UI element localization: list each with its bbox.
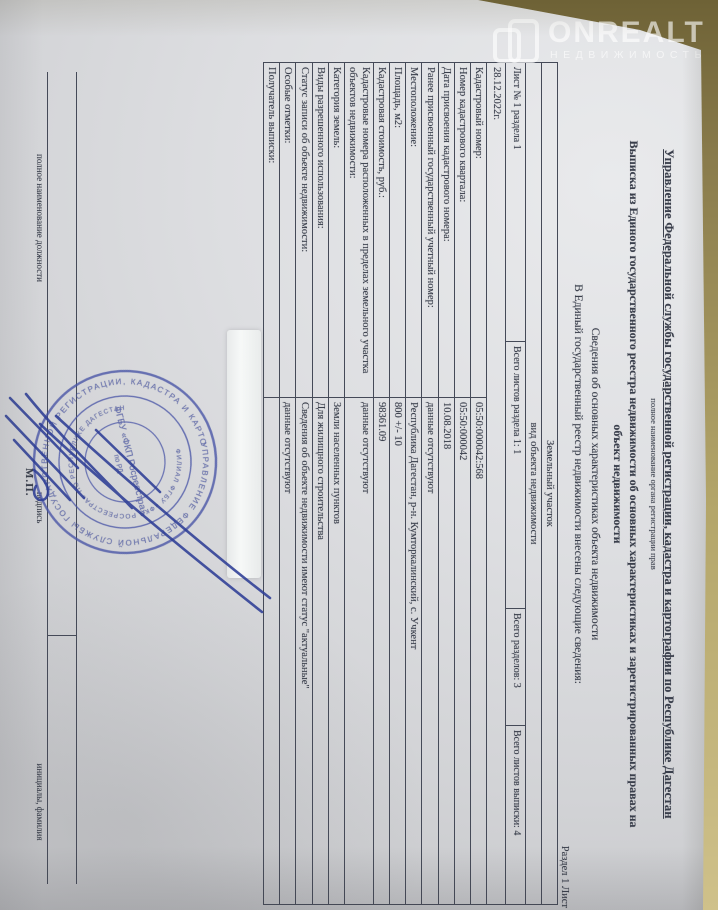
table-row: Лист № 1 раздела 1 Всего листов раздела … [506,63,526,905]
table-row: Кадастровые номера расположенных в преде… [344,63,373,905]
authority-title: Управление Федеральной службы государств… [661,64,676,904]
signature-divider [48,635,77,636]
row-value: Сведения об объекте недвижимости имеют с… [296,398,312,905]
object-type-caption: вид объекта недвижимости [525,63,541,905]
object-type: Земельный участок [541,63,557,905]
sheet-cell: Всего листов раздела 1: 1 [506,342,526,609]
table-row: вид объекта недвижимости [525,63,541,905]
entered-line: В Единый государственный реестр недвижим… [572,58,584,910]
section-heading: Сведения об основных характеристиках объ… [589,58,601,910]
row-value: 05:50:000042 [454,398,470,905]
row-value: данные отсутствуют [422,398,438,905]
table-row: Особые отметки:данные отсутствуют [280,63,296,905]
row-label: Кадастровые номера расположенных в преде… [344,63,373,398]
tape-strip [227,330,261,578]
table-row: Ранее присвоенный государственный учетны… [422,63,438,905]
table-row: 28.12.2022г. [486,63,505,905]
row-value: 800 +/- 10 [390,398,406,905]
row-value: Для жилищного строительства [312,398,328,905]
sheet-cell: Лист № 1 раздела 1 [506,63,526,342]
row-value: Республика Дагестан, р-н. Кумторкалински… [406,398,422,905]
date-line: 28.12.2022г. [486,63,505,905]
table-row: Кадастровый номер:05:50:000042:568 [470,63,486,905]
row-label: Получатель выписки: [264,63,280,398]
row-label: Кадастровая стоимость, руб.: [374,63,390,398]
table-row: Номер кадастрового квартала:05:50:000042 [454,63,470,905]
egrn-document: Управление Федеральной службы государств… [12,58,702,910]
authority-caption: полное наименование органа регистрации п… [649,58,659,910]
row-value: Земли населенных пунктов [328,398,344,905]
row-value [264,398,280,905]
table-row: Дата присвоения кадастрового номера:10.0… [438,63,454,905]
stamp-center-subtext: по РД [112,454,123,474]
row-label: Особые отметки: [280,63,296,398]
onrealt-watermark: ONREALT НЕДВИЖИМОСТЬ [492,16,707,66]
row-label: Статус записи об объекте недвижимости: [296,63,312,398]
watermark-subtitle: НЕДВИЖИМОСТЬ [550,49,707,61]
row-label: Номер кадастрового квартала: [454,63,470,398]
row-label: Местоположение: [406,63,422,398]
row-label: Ранее присвоенный государственный учетны… [422,63,438,398]
row-value: 05:50:000042:568 [470,398,486,905]
table-row: Местоположение:Республика Дагестан, р-н.… [406,63,422,905]
table-row: Статус записи об объекте недвижимости:Св… [296,63,312,905]
position-caption: полное наименование должности [35,118,45,318]
attributes-table: Кадастровый номер:05:50:000042:568 Номер… [263,62,487,905]
row-value: 10.08.2018 [438,398,454,905]
row-label: Кадастровый номер: [470,63,486,398]
table-row: Категория земель:Земли населенных пункто… [328,63,344,905]
row-value: данные отсутствуют [344,398,373,905]
document-title: Выписка из Единого государственного реес… [610,128,641,840]
photo-frame: Управление Федеральной службы государств… [0,0,718,910]
table-row: Площадь, м2:800 +/- 10 [390,63,406,905]
table-row: Получатель выписки: [264,63,280,905]
sheet-cell: Всего листов выписки: 4 [506,726,526,905]
row-value: данные отсутствуют [280,398,296,905]
table-row: Виды разрешенного использования:Для жили… [312,63,328,905]
sheet-info-table: Лист № 1 раздела 1 Всего листов раздела … [486,62,526,905]
sheet-cell: Всего разделов: 3 [506,609,526,726]
table-row: Кадастровая стоимость, руб.:98361.09 [374,63,390,905]
row-label: Площадь, м2: [390,63,406,398]
row-value: 98361.09 [374,398,390,905]
watermark-brand: ONREALT [548,16,705,50]
row-label: Категория земель: [328,63,344,398]
characteristics-table: Земельный участок вид объекта недвижимос… [525,62,558,905]
row-label: Дата присвоения кадастрового номера: [438,63,454,398]
section-sheet-label: Раздел 1 Лист [559,58,570,908]
table-row: Земельный участок [541,63,557,905]
name-caption: инициалы, фамилия [35,720,45,884]
row-label: Виды разрешенного использования: [312,63,328,398]
onrealt-logo-icon [492,18,540,64]
